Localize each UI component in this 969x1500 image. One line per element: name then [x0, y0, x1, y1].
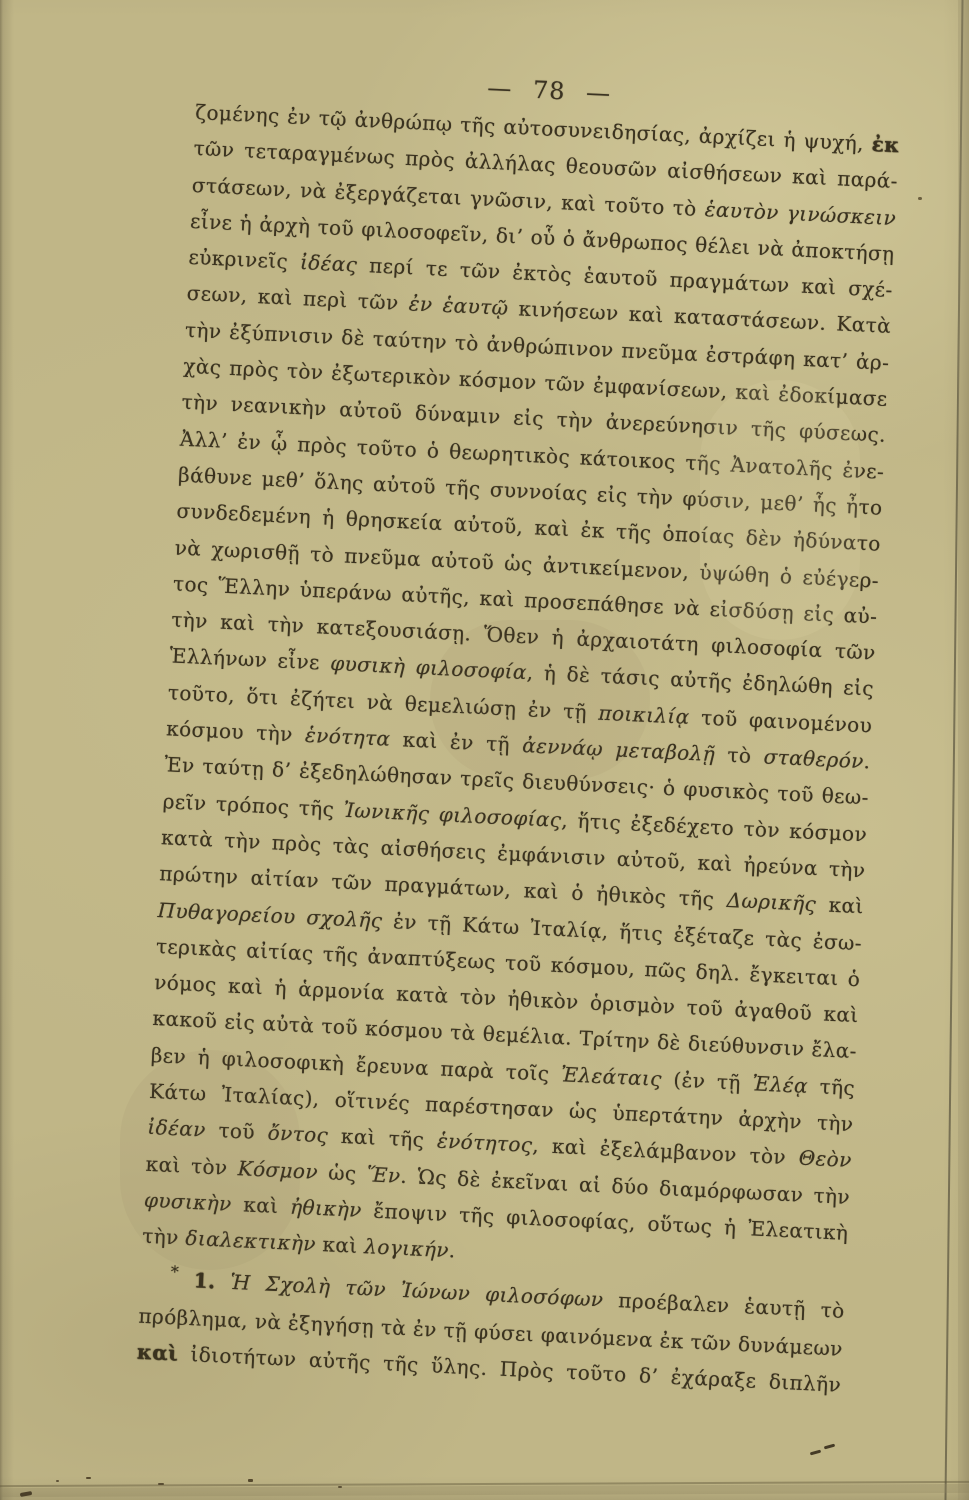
text-segment: καὶ τῆς [328, 1124, 438, 1153]
ink-speck [248, 1479, 253, 1482]
text-segment: Πυθαγορείου σχολῆς [157, 898, 383, 933]
text-segment: ρεῖν τρόπος τῆς [162, 789, 344, 821]
text-segment: , καὶ ἐξελάμβανον τὸν [532, 1133, 800, 1170]
text-segment: . [448, 1238, 456, 1262]
book-page: — 78 — ζομένης ἐν τῷ ἀνθρώπῳ τῆς αὐτοσυν… [0, 0, 969, 1500]
text-segment: καὶ [136, 1340, 178, 1366]
text-segment: . [863, 749, 871, 773]
text-segment: καὶ [315, 1232, 365, 1258]
ink-speck [56, 1480, 59, 1482]
text-segment: Θεὸν [798, 1146, 852, 1172]
text-segment: σταθερόν [763, 744, 864, 773]
text-segment: Ἐλεάταις [561, 1062, 663, 1091]
stain-blotch [430, 620, 650, 780]
ink-mark-double-dash [810, 1450, 821, 1456]
text-segment: λογικήν [364, 1234, 450, 1262]
text-segment: ὡς [317, 1160, 367, 1186]
ink-speck [86, 1477, 91, 1479]
text-segment: Ἐλέᾳ [752, 1071, 809, 1098]
ink-speck [338, 1486, 342, 1488]
text-segment: 1. [193, 1268, 216, 1293]
page-edge-shade-right [958, 0, 969, 1500]
text-segment [215, 1269, 231, 1294]
text-segment: ἑνότητα [305, 723, 391, 751]
text-segment: ἰδέας [300, 250, 358, 277]
text-segment: τὸ [715, 742, 765, 768]
text-segment: προέβαλεν ἑαυτῇ τὸ [603, 1287, 845, 1322]
ink-speck [158, 1483, 164, 1485]
text-segment: ἑνότητος [436, 1129, 533, 1157]
text-segment: εὐκρινεῖς [188, 245, 301, 274]
text-segment: Ἕν [366, 1162, 401, 1188]
text-segment: κόσμου τὴν [166, 716, 306, 747]
stain-blotch [120, 1050, 300, 1270]
text-segment: σεων, καὶ περὶ τῶν [186, 281, 409, 315]
text-segment: ἐκ [871, 132, 900, 157]
stain-blotch [700, 380, 860, 640]
ink-speck [918, 197, 922, 200]
text-segment: Δωρικῆς [726, 888, 816, 916]
text-segment [178, 1267, 194, 1292]
text-segment: Ἑλλήνων εἶνε [169, 644, 331, 676]
text-segment: τοῦ φαινομένου [689, 705, 873, 738]
text-segment: (ἐν τῇ [661, 1067, 753, 1095]
text-segment: καὶ [816, 892, 865, 918]
text-segment: ἐν ἑαυτῷ [408, 292, 509, 321]
ink-speck [748, 316, 751, 319]
ink-mark-double-dash [824, 1444, 835, 1450]
text-segment: τῆς [807, 1074, 855, 1100]
text-segment: Ἰωνικῆς φιλοσοφίας [343, 797, 562, 831]
text-segment: ἠθικὴν [290, 1195, 363, 1222]
text-segment: ἑαυτὸν γινώσκειν [704, 197, 896, 230]
